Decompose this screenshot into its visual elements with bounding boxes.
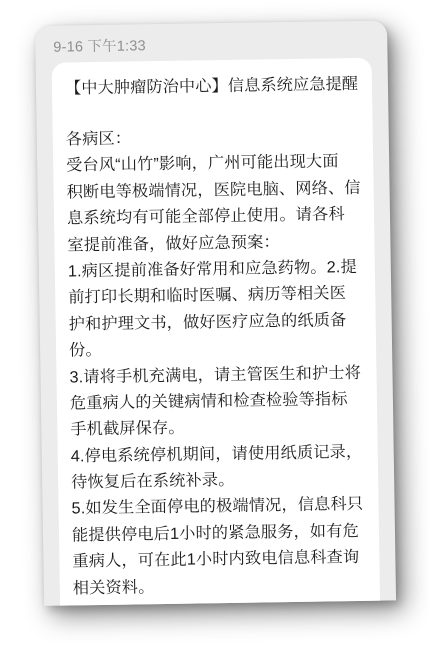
message-title: 【中大肿瘤防治中心】信息系统应急提醒 <box>65 73 359 101</box>
message-line: 息系统均有可能全部停止使用。请各科 <box>67 201 361 232</box>
message-line: 重病人，可在此1小时内致电信息科查询 <box>72 544 366 575</box>
chat-background-panel: 9-16 下午1:33 【中大肿瘤防治中心】信息系统应急提醒 各病区： 受台风“… <box>35 20 396 605</box>
message-line: 相关资料。 <box>73 570 367 601</box>
screenshot-canvas: 9-16 下午1:33 【中大肿瘤防治中心】信息系统应急提醒 各病区： 受台风“… <box>0 0 429 648</box>
message-body: 各病区： 受台风“山竹”影响，广州可能出现大面 积断电等极端情况，医院电脑、网络… <box>66 122 367 602</box>
message-line: 4.停电系统停机期间，请使用纸质记录， <box>71 439 365 470</box>
message-timestamp: 9-16 下午1:33 <box>53 32 371 59</box>
message-bubble[interactable]: 【中大肿瘤防治中心】信息系统应急提醒 各病区： 受台风“山竹”影响，广州可能出现… <box>52 58 381 606</box>
message-line: 危重病人的关键病情和检查检验等指标 <box>70 386 364 417</box>
message-line: 护和护理文书，做好医疗应急的纸质备 <box>68 307 362 338</box>
